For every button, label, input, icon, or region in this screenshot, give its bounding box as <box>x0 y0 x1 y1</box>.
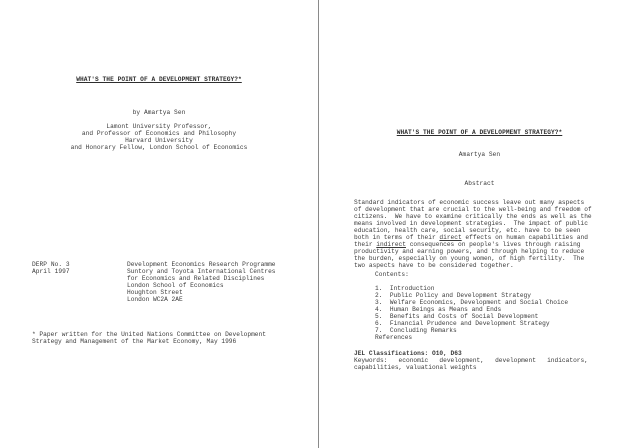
left-title: WHAT'S THE POINT OF A DEVELOPMENT STRATE… <box>0 76 318 83</box>
contents-list: 1. Introduction 2. Public Policy and Dev… <box>375 285 568 341</box>
contents-item: 1. Introduction <box>375 285 568 292</box>
classification-block: JEL Classifications: O10, D63 Keywords: … <box>354 350 588 371</box>
contents-item: 7. Concluding Remarks <box>375 327 568 334</box>
right-author: Amartya Sen <box>319 151 640 158</box>
series-date: April 1997 <box>32 268 70 275</box>
references-item: References <box>375 334 568 341</box>
abstract-line: of development that are crucial to the w… <box>354 206 592 213</box>
right-page: WHAT'S THE POINT OF A DEVELOPMENT STRATE… <box>319 0 640 448</box>
footnote: * Paper written for the United Nations C… <box>32 331 266 345</box>
keywords-line: capabilities, valuational weights <box>354 364 588 371</box>
footnote-line: * Paper written for the United Nations C… <box>32 331 266 338</box>
address-line: for Economics and Related Disciplines <box>127 275 276 282</box>
abstract-line: the burden, especially on young women, o… <box>354 255 592 262</box>
left-page: WHAT'S THE POINT OF A DEVELOPMENT STRATE… <box>0 0 318 448</box>
address-line: Development Economics Research Programme <box>127 261 276 268</box>
address-line: Suntory and Toyota International Centres <box>127 268 276 275</box>
abstract-line: citizens. We have to examine critically … <box>354 213 592 220</box>
contents-heading: Contents: <box>375 271 409 278</box>
affiliation-line: and Professor of Economics and Philosoph… <box>0 130 318 137</box>
affiliation-line: Lamont University Professor, <box>0 123 318 130</box>
left-byline: by Amartya Sen <box>0 109 318 116</box>
jel-classifications: JEL Classifications: O10, D63 <box>354 350 588 357</box>
address-line: Houghton Street <box>127 289 276 296</box>
emphasis-direct: direct <box>439 234 461 241</box>
text: their <box>354 241 376 248</box>
abstract-line: productivity and earning powers, and thr… <box>354 248 592 255</box>
affiliation-line: and Honorary Fellow, London School of Ec… <box>0 144 318 151</box>
abstract-body: Standard indicators of economic success … <box>354 199 592 269</box>
text: consequences on people's lives through r… <box>406 241 581 248</box>
contents-item: 3. Welfare Economics, Development and So… <box>375 299 568 306</box>
contents-item: 5. Benefits and Costs of Social Developm… <box>375 313 568 320</box>
series-number: DERP No. 3 <box>32 261 70 268</box>
affiliation-line: Harvard University <box>0 137 318 144</box>
text: effects on human capabilities and <box>462 234 588 241</box>
contents-item: 4. Human Beings as Means and Ends <box>375 306 568 313</box>
address-block: Development Economics Research Programme… <box>127 261 276 303</box>
abstract-line: education, health care, social security,… <box>354 227 592 234</box>
address-line: London School of Economics <box>127 282 276 289</box>
address-line: London WC2A 2AE <box>127 296 276 303</box>
footnote-line: Strategy and Management of the Market Ec… <box>32 338 266 345</box>
abstract-line: Standard indicators of economic success … <box>354 199 592 206</box>
abstract-line: two aspects have to be considered togeth… <box>354 262 592 269</box>
contents-item: 6. Financial Prudence and Development St… <box>375 320 568 327</box>
keywords-line: Keywords: economic development, developm… <box>354 357 588 364</box>
abstract-line: both in terms of their direct effects on… <box>354 234 592 241</box>
abstract-line: means involved in development strategies… <box>354 220 592 227</box>
text: both in terms of their <box>354 234 439 241</box>
abstract-line: their indirect consequences on people's … <box>354 241 592 248</box>
right-title: WHAT'S THE POINT OF A DEVELOPMENT STRATE… <box>319 129 640 136</box>
contents-item: 2. Public Policy and Development Strateg… <box>375 292 568 299</box>
abstract-heading: Abstract <box>319 180 640 187</box>
emphasis-indirect: indirect <box>376 241 406 248</box>
